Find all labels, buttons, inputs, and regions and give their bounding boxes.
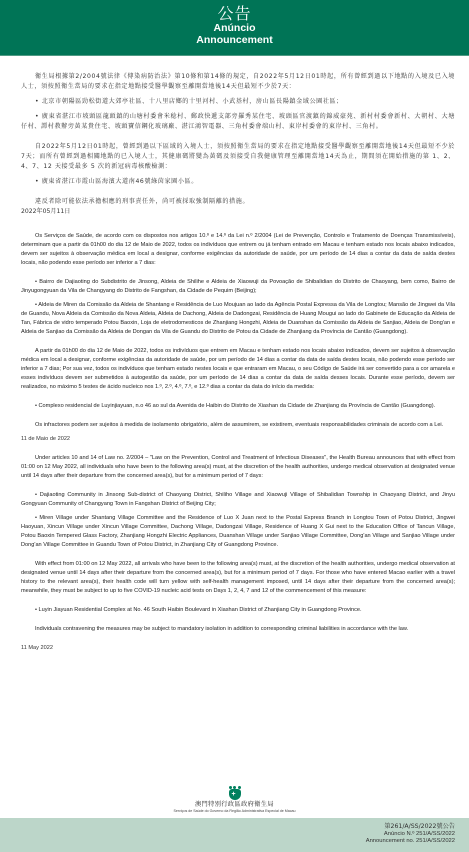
portuguese-date: 11 de Maio de 2022 — [21, 435, 455, 444]
announcement-reference: 第261/A/SS/2022號公告 Anúncio N.º 251/A/SS/2… — [366, 823, 455, 844]
health-bureau-logo-block: + 澳門特別行政區政府衛生局 Serviços de Saúde do Gove… — [0, 786, 469, 814]
health-bureau-logo-icon: + — [228, 786, 242, 800]
chinese-warning: 違反者除可能依法承擔相應的刑事責任外，尚可被採取強制隔離的措施。 — [21, 197, 455, 207]
english-bullet-3: • Luyin Jiayuan Residential Complex at N… — [21, 606, 455, 615]
portuguese-para-2: A partir da 01h00 do dia 12 de Maio de 2… — [21, 347, 455, 392]
english-section: Under articles 10 and 14 of Law no. 2/20… — [21, 454, 455, 653]
chinese-para-2: 自2022年5月12日01時起，曾經到過以下區域的入境人士，須按照衛生當局的要求… — [21, 142, 455, 172]
reference-chinese: 第261/A/SS/2022號公告 — [366, 823, 455, 831]
announcement-footer: 第261/A/SS/2022號公告 Anúncio N.º 251/A/SS/2… — [0, 818, 469, 852]
chinese-section: 衛生局根據第2/2004號法律《傳染病防治法》第10條和第14條的規定，自202… — [21, 72, 455, 217]
health-bureau-name-chinese: 澳門特別行政區政府衛生局 — [0, 801, 469, 809]
english-bullet-1: • Dajiaoting Community in Jinsong Sub-di… — [21, 491, 455, 509]
announcement-body: 衛生局根據第2/2004號法律《傳染病防治法》第10條和第14條的規定，自202… — [21, 72, 455, 653]
health-bureau-name-portuguese: Serviços de Saúde do Governo da Região A… — [0, 809, 469, 814]
chinese-bullet-2: • 廣東省湛江市坡頭區龍頭鎮的山塘村委會米稔村、郵政快遞支部旁羅秀某住宅、坡頭區… — [21, 112, 455, 132]
chinese-bullet-3: • 廣東省湛江市霞山區海濱大道南46號綠茵家園小區。 — [21, 177, 455, 187]
english-bullet-2: • Miren Village under Shantang Village C… — [21, 514, 455, 550]
title-chinese: 公告 — [0, 0, 469, 22]
portuguese-bullet-1: • Bairro de Dajiaoting do Subdistrito de… — [21, 278, 455, 296]
english-intro: Under articles 10 and 14 of Law no. 2/20… — [21, 454, 455, 481]
portuguese-warning: Os infractores podem ser sujeitos à medi… — [21, 421, 455, 430]
chinese-date: 2022年05月11日 — [21, 207, 455, 217]
english-warning: Individuals contravening the measures ma… — [21, 625, 455, 634]
portuguese-bullet-3: • Complexo residencial de Luyinjiayuan, … — [21, 402, 455, 411]
portuguese-intro: Os Serviços de Saúde, de acordo com os d… — [21, 232, 455, 268]
chinese-intro: 衛生局根據第2/2004號法律《傳染病防治法》第10條和第14條的規定，自202… — [21, 72, 455, 92]
reference-english: Announcement no. 251/A/SS/2022 — [366, 838, 455, 845]
title-portuguese: Anúncio — [0, 22, 469, 34]
english-para-2: With effect from 01:00 on 12 May 2022, a… — [21, 560, 455, 596]
announcement-header: 公告 Anúncio Announcement — [0, 0, 469, 56]
portuguese-bullet-2: • Aldeia de Miren da Comissão da Aldeia … — [21, 301, 455, 337]
chinese-bullet-1: • 北京市朝陽區勁松街道大郊亭社區、十八里店鄉的十里河村、小武基村，房山區長陽鎮… — [21, 97, 455, 107]
english-date: 11 May 2022 — [21, 644, 455, 653]
title-english: Announcement — [0, 34, 469, 46]
portuguese-section: Os Serviços de Saúde, de acordo com os d… — [21, 232, 455, 444]
